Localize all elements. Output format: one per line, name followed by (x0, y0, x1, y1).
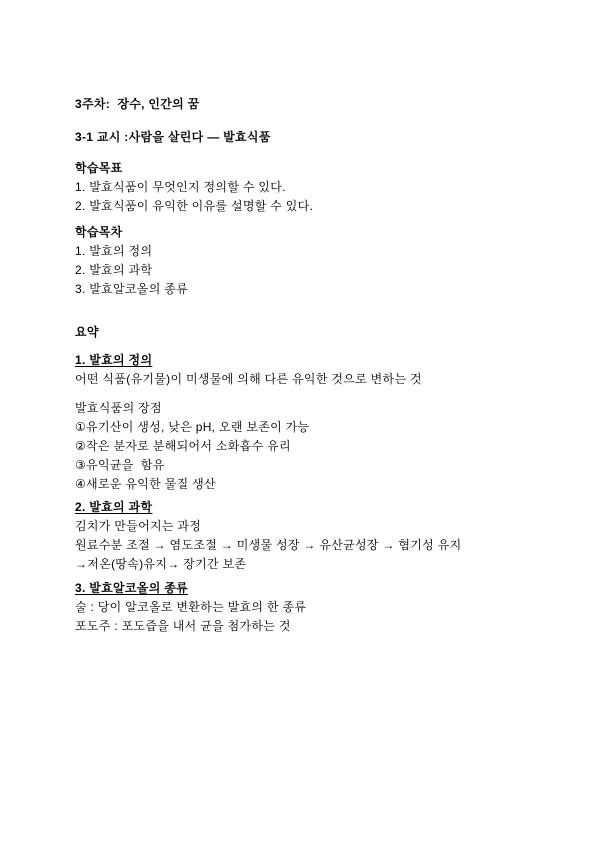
objectives-heading: 학습목표 (75, 159, 555, 178)
toc-item: 3. 발효알코올의 종류 (75, 280, 555, 299)
advantage-item: ②작은 분자로 분해되어서 소화흡수 유리 (75, 437, 555, 456)
advantage-item: ④새로운 유익한 물질 생산 (75, 475, 555, 494)
section1-heading: 1. 발효의 정의 (75, 351, 555, 370)
section2-line: 김치가 만들어지는 과정 (75, 517, 555, 536)
objective-item: 2. 발효식품이 유익한 이유를 설명할 수 있다. (75, 197, 555, 216)
toc-item: 2. 발효의 과학 (75, 261, 555, 280)
section2-heading: 2. 발효의 과학 (75, 498, 555, 517)
section3-line: 포도주 : 포도즙을 내서 균을 첨가하는 것 (75, 617, 555, 636)
toc-item: 1. 발효의 정의 (75, 242, 555, 261)
document-page: 3주차: 장수, 인간의 꿈 3-1 교시 :사람을 살린다 — 발효식품 학습… (0, 0, 595, 841)
summary-heading: 요약 (75, 323, 555, 342)
section1-definition: 어떤 식품(유기물)이 미생물에 의해 다른 유익한 것으로 변하는 것 (75, 370, 555, 389)
week-title: 3주차: 장수, 인간의 꿈 (75, 95, 555, 114)
section2-process-flow: 원료수분 조절 → 염도조절 → 미생물 성장 → 유산균성장 → 혐기성 유지 (75, 536, 555, 555)
section3-line: 술 : 당이 알코올로 변환하는 발효의 한 종류 (75, 598, 555, 617)
section3-heading: 3. 발효알코올의 종류 (75, 579, 555, 598)
section2-process-flow: →저온(땅속)유지→ 장기간 보존 (75, 555, 555, 574)
advantage-item: ①유기산이 생성, 낮은 pH, 오랜 보존이 가능 (75, 418, 555, 437)
toc-heading: 학습목차 (75, 223, 555, 242)
lesson-title: 3-1 교시 :사람을 살린다 — 발효식품 (75, 128, 555, 147)
advantages-heading: 발효식품의 장점 (75, 399, 555, 418)
advantage-item: ③유익균을 함유 (75, 456, 555, 475)
objective-item: 1. 발효식품이 무엇인지 정의할 수 있다. (75, 178, 555, 197)
